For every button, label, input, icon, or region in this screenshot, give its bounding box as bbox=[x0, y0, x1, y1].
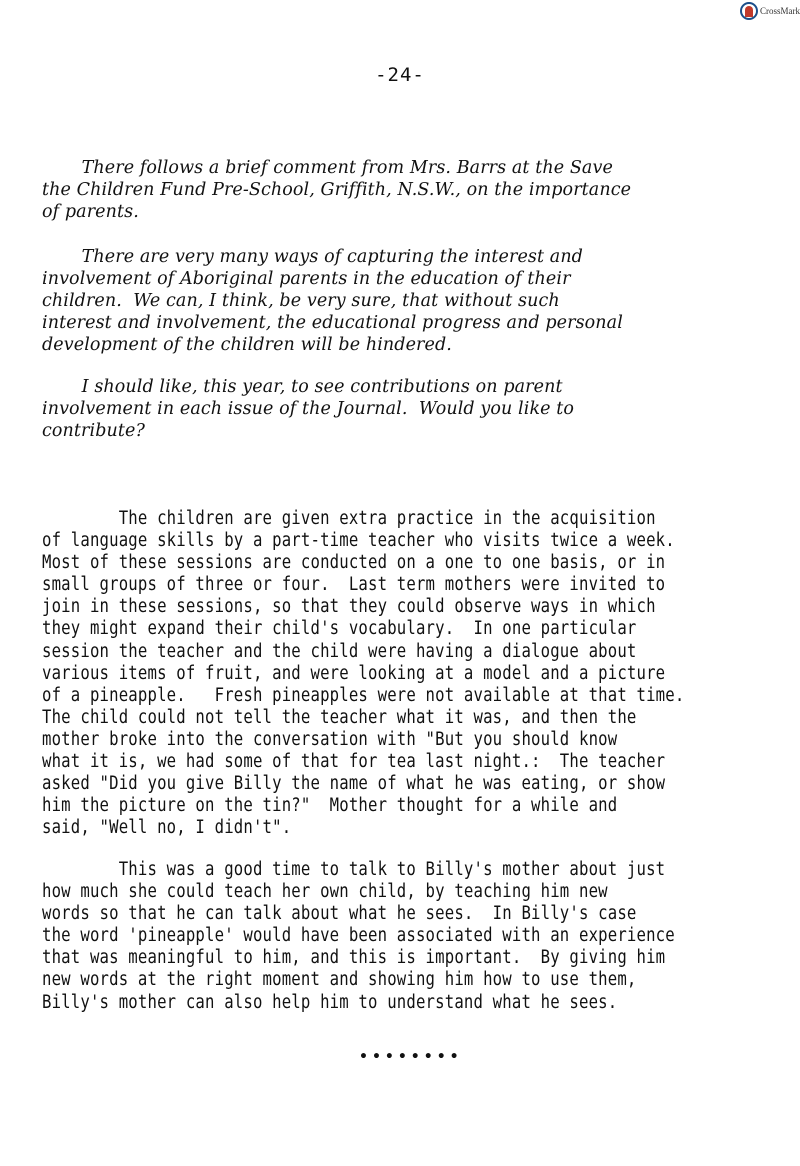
text-line: The children are given extra practice in… bbox=[42, 508, 696, 530]
crossmark-badge[interactable]: CrossMark bbox=[740, 2, 800, 20]
text-line: contribute? bbox=[42, 420, 762, 442]
intro-paragraph: There follows a brief comment from Mrs. … bbox=[42, 157, 762, 223]
text-line: children. We can, I think, be very sure,… bbox=[42, 290, 762, 312]
crossmark-label: CrossMark bbox=[760, 6, 800, 16]
text-line: asked "Did you give Billy the name of wh… bbox=[42, 773, 696, 795]
text-line: of language skills by a part-time teache… bbox=[42, 530, 696, 552]
quote-paragraph-2: I should like, this year, to see contrib… bbox=[42, 376, 762, 442]
body-paragraph-2: This was a good time to talk to Billy's … bbox=[42, 859, 696, 1014]
text-line: of parents. bbox=[42, 201, 762, 223]
text-line: what it is, we had some of that for tea … bbox=[42, 751, 696, 773]
text-line: the Children Fund Pre-School, Griffith, … bbox=[42, 179, 762, 201]
text-line: Most of these sessions are conducted on … bbox=[42, 552, 696, 574]
text-line: said, "Well no, I didn't". bbox=[42, 817, 696, 839]
text-line: how much she could teach her own child, … bbox=[42, 881, 696, 903]
text-line: session the teacher and the child were h… bbox=[42, 641, 696, 663]
text-line: him the picture on the tin?" Mother thou… bbox=[42, 795, 696, 817]
text-line: new words at the right moment and showin… bbox=[42, 969, 696, 991]
text-line: There are very many ways of capturing th… bbox=[42, 246, 762, 268]
text-line: I should like, this year, to see contrib… bbox=[42, 376, 762, 398]
text-line: involvement of Aboriginal parents in the… bbox=[42, 268, 762, 290]
text-line: involvement in each issue of the Journal… bbox=[42, 398, 762, 420]
text-line: The child could not tell the teacher wha… bbox=[42, 707, 696, 729]
text-line: of a pineapple. Fresh pineapples were no… bbox=[42, 685, 696, 707]
body-paragraph-1: The children are given extra practice in… bbox=[42, 508, 696, 839]
end-of-section-marker: •••••••• bbox=[359, 1049, 463, 1065]
text-line: mother broke into the conversation with … bbox=[42, 729, 696, 751]
text-line: Billy's mother can also help him to unde… bbox=[42, 992, 696, 1014]
page-number: -24- bbox=[0, 64, 800, 86]
text-line: join in these sessions, so that they cou… bbox=[42, 596, 696, 618]
text-line: There follows a brief comment from Mrs. … bbox=[42, 157, 762, 179]
text-line: words so that he can talk about what he … bbox=[42, 903, 696, 925]
text-line: interest and involvement, the educationa… bbox=[42, 312, 762, 334]
text-line: development of the children will be hind… bbox=[42, 334, 762, 356]
text-line: they might expand their child's vocabula… bbox=[42, 618, 696, 640]
text-line: This was a good time to talk to Billy's … bbox=[42, 859, 696, 881]
text-line: small groups of three or four. Last term… bbox=[42, 574, 696, 596]
quote-paragraph-1: There are very many ways of capturing th… bbox=[42, 246, 762, 356]
text-line: that was meaningful to him, and this is … bbox=[42, 947, 696, 969]
text-line: various items of fruit, and were looking… bbox=[42, 663, 696, 685]
text-line: the word 'pineapple' would have been ass… bbox=[42, 925, 696, 947]
crossmark-icon bbox=[740, 2, 758, 20]
